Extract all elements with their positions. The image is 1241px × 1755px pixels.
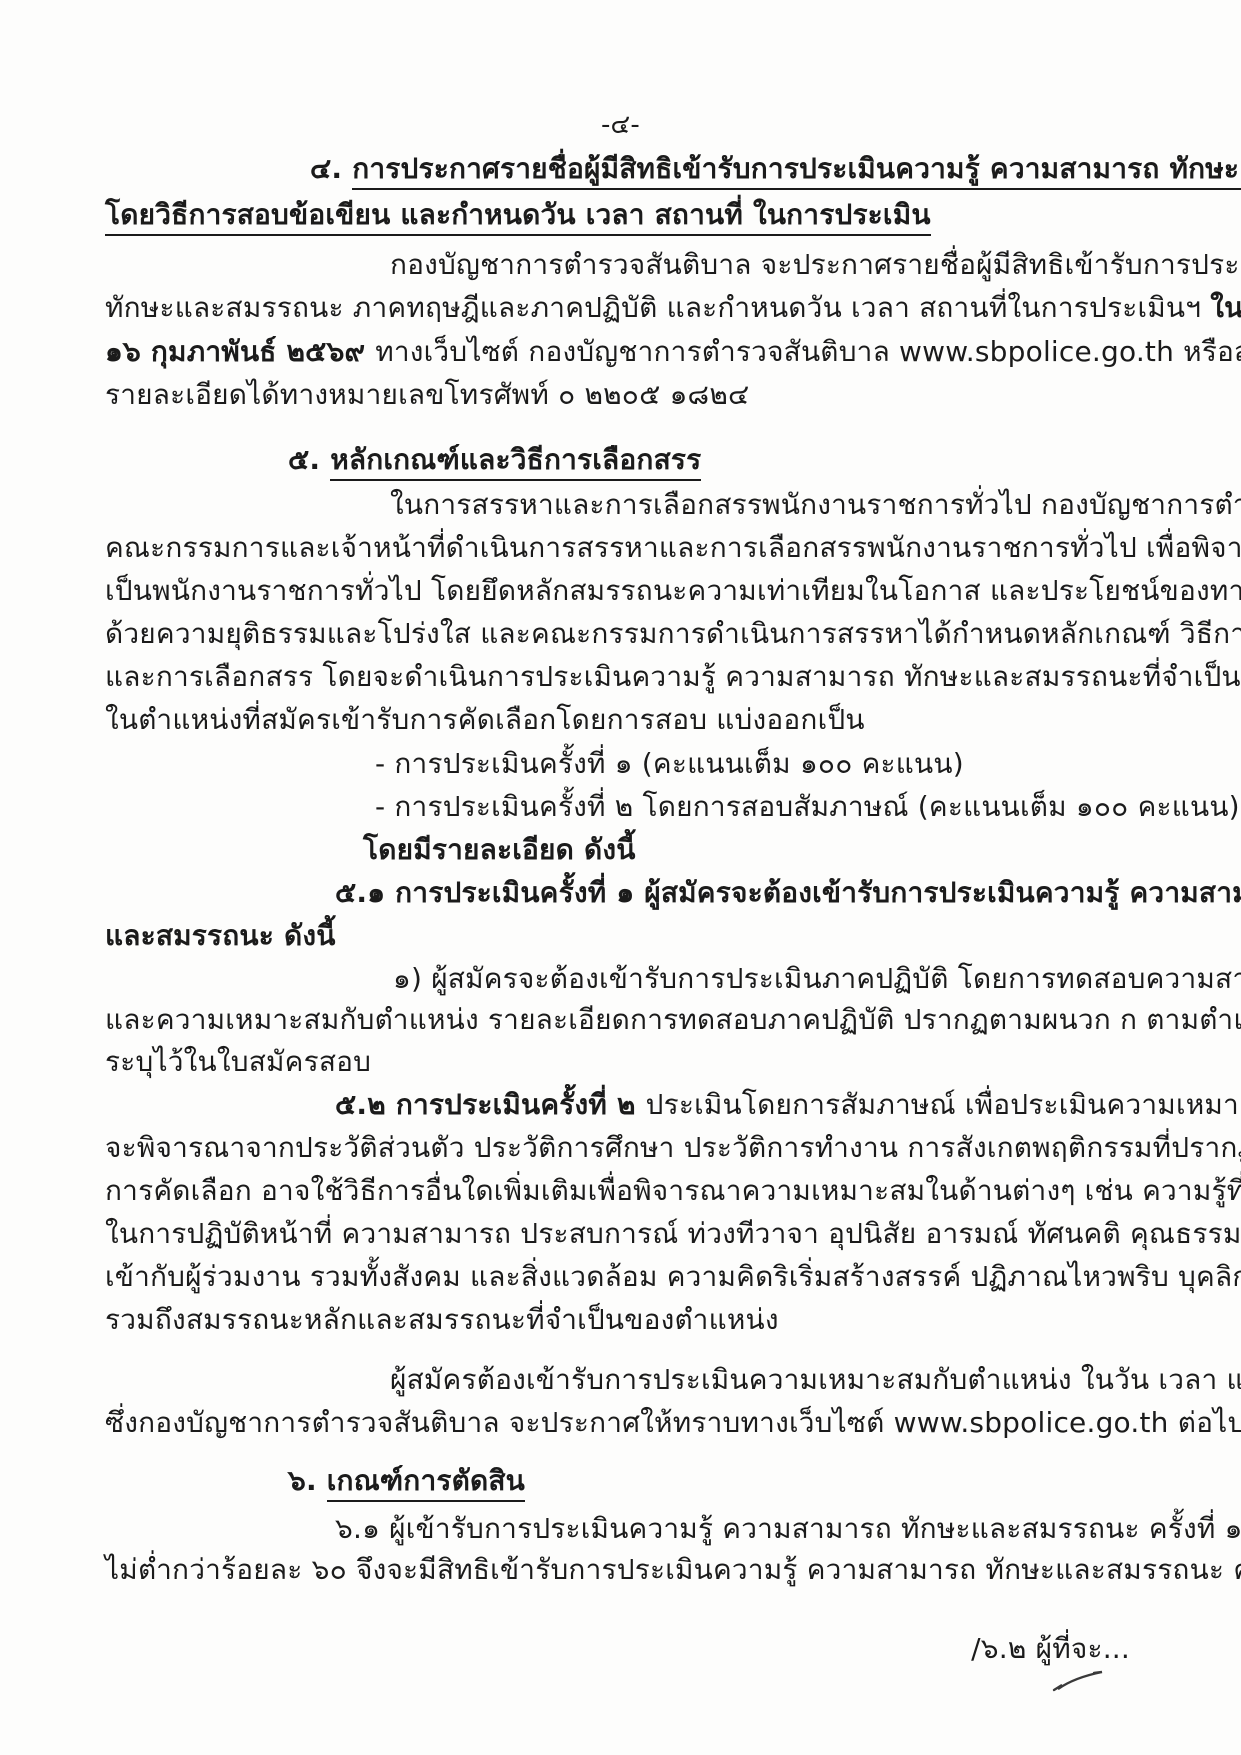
section5-paragraph1-line1: ในการสรรหาและการเลือกสรรพนักงานราชการทั่… [390, 486, 1241, 524]
assessment-item-2: - การประเมินครั้งที่ ๒ โดยการสอบสัมภาษณ์… [375, 788, 1240, 826]
section5-closing-line2-text: ซึ่งกองบัญชาการตำรวจสันติบาล จะประกาศให้… [105, 1406, 1241, 1439]
section4-paragraph-line1-text: กองบัญชาการตำรวจสันติบาล จะประกาศรายชื่อ… [390, 248, 1241, 281]
section5-closing-line1: ผู้สมัครต้องเข้ารับการประเมินความเหมาะสม… [390, 1361, 1241, 1399]
section5-paragraph1-line6: ในตำแหน่งที่สมัครเข้ารับการคัดเลือกโดยกา… [105, 701, 865, 739]
section4-heading-line1: ๔. การประกาศรายชื่อผู้มีสิทธิเข้ารับการป… [310, 150, 1241, 188]
section5-paragraph1-line1-text: ในการสรรหาและการเลือกสรรพนักงานราชการทั่… [390, 488, 1241, 521]
section5-2-line3: การคัดเลือก อาจใช้วิธีการอื่นใดเพิ่มเติม… [105, 1172, 1241, 1210]
section6-1-line2: ไม่ต่ำกว่าร้อยละ ๖๐ จึงจะมีสิทธิเข้ารับก… [105, 1551, 1241, 1589]
section5-2-line6-text: รวมถึงสมรรถนะหลักและสมรรถนะที่จำเป็นของต… [105, 1303, 779, 1336]
section5-2-line2-text: จะพิจารณาจากประวัติส่วนตัว ประวัติการศึก… [105, 1131, 1241, 1164]
section5-heading: ๕. หลักเกณฑ์และวิธีการเลือกสรร [288, 441, 701, 479]
section5-paragraph1-line4-text: ด้วยความยุติธรรมและโปร่งใส และคณะกรรมการ… [105, 617, 1241, 650]
section4-paragraph-line3-text: ๑๖ กุมภาพันธ์ ๒๕๖๙ [105, 335, 375, 368]
section4-paragraph-line2-text: ทักษะและสมรรถนะ ภาคทฤษฎีและภาคปฏิบัติ แล… [105, 291, 1210, 324]
assessment-item-1-text: - การประเมินครั้งที่ ๑ (คะแนนเต็ม ๑๐๐ คะ… [375, 747, 964, 780]
section5-2-line1: ๕.๒ การประเมินครั้งที่ ๒ ประเมินโดยการสั… [335, 1086, 1241, 1124]
section6-1-line1: ๖.๑ ผู้เข้ารับการประเมินความรู้ ความสามา… [335, 1510, 1241, 1548]
section5-1-item1-line2: และความเหมาะสมกับตำแหน่ง รายละเอียดการทด… [105, 1001, 1241, 1039]
section6-1-line1-text: ๖.๑ ผู้เข้ารับการประเมินความรู้ ความสามา… [335, 1512, 1241, 1545]
section5-paragraph1-line2: คณะกรรมการและเจ้าหน้าที่ดำเนินการสรรหาแล… [105, 529, 1241, 567]
section5-1-line2-text: และสมรรถนะ ดังนี้ [105, 919, 336, 952]
section4-heading-line2: โดยวิธีการสอบข้อเขียน และกำหนดวัน เวลา ส… [105, 196, 931, 234]
scanned-document-page: -๔-๔. การประกาศรายชื่อผู้มีสิทธิเข้ารับก… [0, 0, 1241, 1755]
section5-2-line6: รวมถึงสมรรถนะหลักและสมรรถนะที่จำเป็นของต… [105, 1301, 779, 1339]
details-intro-text: โดยมีรายละเอียด ดังนี้ [363, 833, 636, 866]
section5-1-item1-line1-text: ๑) ผู้สมัครจะต้องเข้ารับการประเมินภาคปฏิ… [393, 962, 1241, 995]
assessment-item-1: - การประเมินครั้งที่ ๑ (คะแนนเต็ม ๑๐๐ คะ… [375, 745, 964, 783]
section5-paragraph1-line2-text: คณะกรรมการและเจ้าหน้าที่ดำเนินการสรรหาแล… [105, 531, 1241, 564]
section5-1-line1: ๕.๑ การประเมินครั้งที่ ๑ ผู้สมัครจะต้องเ… [335, 874, 1241, 912]
section5-2-line1-text: ๕.๒ การประเมินครั้งที่ ๒ [335, 1088, 646, 1121]
section6-heading-text: ๖. [288, 1464, 327, 1497]
page-number: -๔- [0, 106, 1241, 144]
details-intro: โดยมีรายละเอียด ดังนี้ [363, 831, 636, 869]
section5-1-item1-line2-text: และความเหมาะสมกับตำแหน่ง รายละเอียดการทด… [105, 1003, 1241, 1036]
section5-1-line2: และสมรรถนะ ดังนี้ [105, 917, 336, 955]
section6-1-line2-text: ไม่ต่ำกว่าร้อยละ ๖๐ จึงจะมีสิทธิเข้ารับก… [105, 1553, 1241, 1586]
section5-paragraph1-line3-text: เป็นพนักงานราชการทั่วไป โดยยึดหลักสมรรถน… [105, 574, 1241, 607]
section6-heading-text: เกณฑ์การตัดสิน [327, 1464, 525, 1502]
section4-heading-line1-text: ๔. [310, 152, 352, 185]
section4-heading-line2-text: โดยวิธีการสอบข้อเขียน และกำหนดวัน เวลา ส… [105, 198, 931, 236]
section5-2-line4-text: ในการปฏิบัติหน้าที่ ความสามารถ ประสบการณ… [105, 1217, 1241, 1250]
section5-1-item1-line3: ระบุไว้ในใบสมัครสอบ [105, 1043, 371, 1081]
section5-paragraph1-line4: ด้วยความยุติธรรมและโปร่งใส และคณะกรรมการ… [105, 615, 1241, 653]
section6-heading: ๖. เกณฑ์การตัดสิน [288, 1462, 525, 1500]
section5-2-line3-text: การคัดเลือก อาจใช้วิธีการอื่นใดเพิ่มเติม… [105, 1174, 1241, 1207]
section5-2-line4: ในการปฏิบัติหน้าที่ ความสามารถ ประสบการณ… [105, 1215, 1241, 1253]
section5-2-line2: จะพิจารณาจากประวัติส่วนตัว ประวัติการศึก… [105, 1129, 1241, 1167]
section5-1-line1-text: ๕.๑ การประเมินครั้งที่ ๑ ผู้สมัครจะต้องเ… [335, 876, 1241, 909]
section4-heading-line1-text: การประกาศรายชื่อผู้มีสิทธิเข้ารับการประเ… [352, 152, 1241, 190]
section5-2-line5-text: เข้ากับผู้ร่วมงาน รวมทั้งสังคม และสิ่งแว… [105, 1260, 1241, 1293]
section5-heading-text: หลักเกณฑ์และวิธีการเลือกสรร [330, 443, 701, 481]
section5-paragraph1-line5-text: และการเลือกสรร โดยจะดำเนินการประเมินความ… [105, 660, 1241, 693]
section5-paragraph1-line5: และการเลือกสรร โดยจะดำเนินการประเมินความ… [105, 658, 1241, 696]
page-continuation: /๖.๒ ผู้ที่จะ... [971, 1630, 1130, 1668]
section4-paragraph-line4-text: รายละเอียดได้ทางหมายเลขโทรศัพท์ ๐ ๒๒๐๕ ๑… [105, 378, 749, 411]
section4-paragraph-line3-text: ทางเว็บไซต์ กองบัญชาการตำรวจสันติบาล www… [375, 335, 1241, 368]
assessment-item-2-text: - การประเมินครั้งที่ ๒ โดยการสอบสัมภาษณ์… [375, 790, 1240, 823]
handwritten-mark [1048, 1668, 1110, 1696]
section5-closing-line1-text: ผู้สมัครต้องเข้ารับการประเมินความเหมาะสม… [390, 1363, 1241, 1396]
section4-paragraph-line3: ๑๖ กุมภาพันธ์ ๒๕๖๙ ทางเว็บไซต์ กองบัญชาก… [105, 333, 1241, 371]
section5-2-line1-text: ประเมินโดยการสัมภาษณ์ เพื่อประเมินความเห… [646, 1088, 1241, 1121]
section4-paragraph-line4: รายละเอียดได้ทางหมายเลขโทรศัพท์ ๐ ๒๒๐๕ ๑… [105, 376, 749, 414]
section5-closing-line2: ซึ่งกองบัญชาการตำรวจสันติบาล จะประกาศให้… [105, 1404, 1241, 1442]
section5-paragraph1-line3: เป็นพนักงานราชการทั่วไป โดยยึดหลักสมรรถน… [105, 572, 1241, 610]
section5-paragraph1-line6-text: ในตำแหน่งที่สมัครเข้ารับการคัดเลือกโดยกา… [105, 703, 865, 736]
section5-1-item1-line3-text: ระบุไว้ในใบสมัครสอบ [105, 1045, 371, 1078]
section5-heading-text: ๕. [288, 443, 330, 476]
section5-1-item1-line1: ๑) ผู้สมัครจะต้องเข้ารับการประเมินภาคปฏิ… [393, 960, 1241, 998]
section5-2-line5: เข้ากับผู้ร่วมงาน รวมทั้งสังคม และสิ่งแว… [105, 1258, 1241, 1296]
section4-paragraph-line2-text: ในวันจันทร์ที่ [1210, 291, 1241, 324]
page-continuation-text: /๖.๒ ผู้ที่จะ... [971, 1632, 1130, 1665]
section4-paragraph-line1: กองบัญชาการตำรวจสันติบาล จะประกาศรายชื่อ… [390, 246, 1241, 284]
page-number-text: -๔- [601, 110, 640, 140]
section4-paragraph-line2: ทักษะและสมรรถนะ ภาคทฤษฎีและภาคปฏิบัติ แล… [105, 289, 1241, 327]
